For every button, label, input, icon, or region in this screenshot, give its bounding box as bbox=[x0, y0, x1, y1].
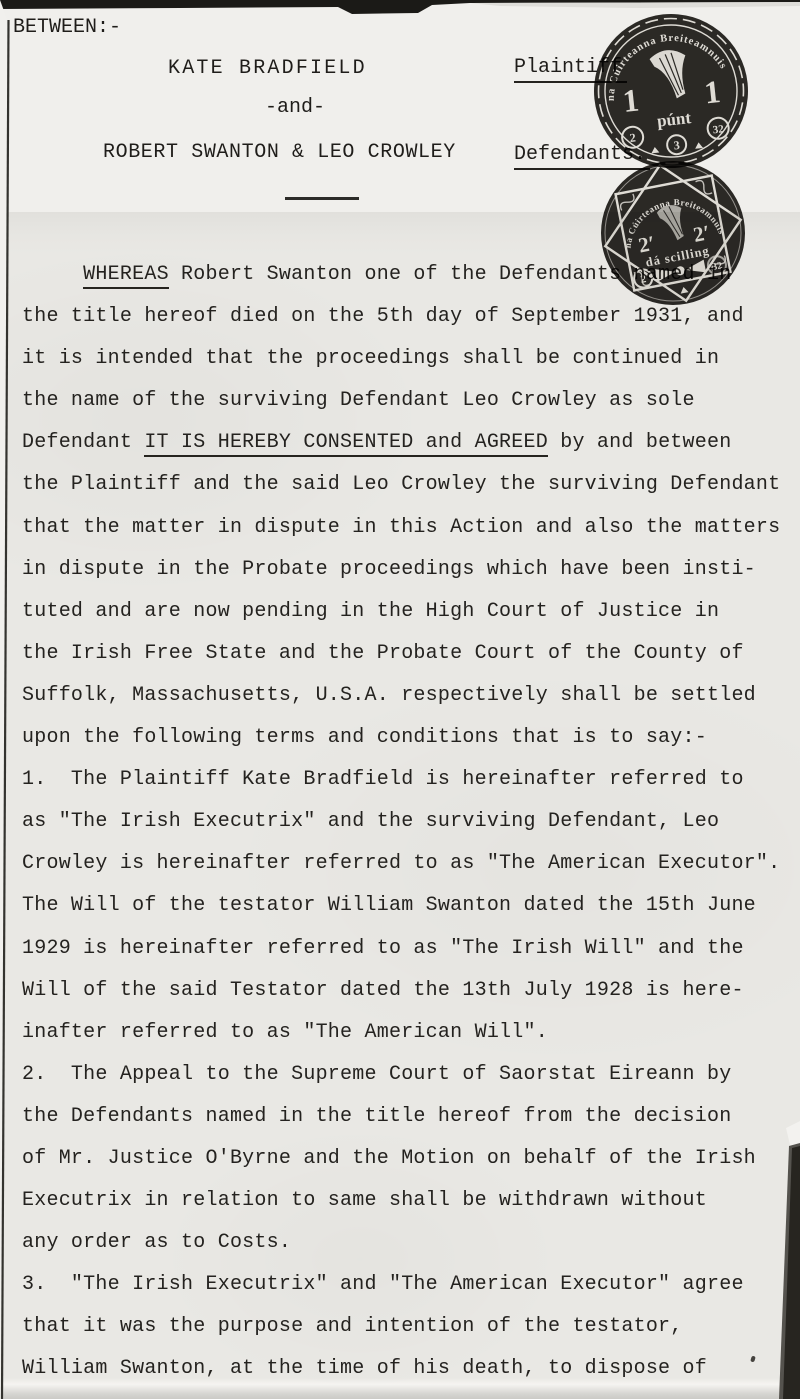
text-line: the name of the surviving Defendant Leo … bbox=[22, 380, 780, 422]
text-line: of Mr. Justice O'Byrne and the Motion on… bbox=[22, 1138, 780, 1180]
text-line: as "The Irish Executrix" and the survivi… bbox=[22, 801, 780, 843]
versus-label: -and- bbox=[265, 96, 325, 119]
stamp-badge: 32 bbox=[712, 123, 725, 136]
two-shilling-duty-stamp-icon: na Cúirteanna Breiteamnuis 2′ 2′ dá scil… bbox=[585, 145, 761, 321]
text-line: that it was the purpose and intention of… bbox=[22, 1306, 780, 1348]
text-line: that the matter in dispute in this Actio… bbox=[22, 507, 780, 549]
between-label: BETWEEN:- bbox=[13, 16, 121, 39]
text-line: 3. "The Irish Executrix" and "The Americ… bbox=[22, 1264, 780, 1306]
document-page: BETWEEN:- KATE BRADFIELD Plaintiff -and-… bbox=[0, 0, 800, 1399]
text-line: 2. The Appeal to the Supreme Court of Sa… bbox=[22, 1054, 780, 1096]
text-line: Will of the said Testator dated the 13th… bbox=[22, 970, 780, 1012]
text-line: 1. The Plaintiff Kate Bradfield is herei… bbox=[22, 759, 780, 801]
document-body-lines: WHEREAS Robert Swanton one of the Defend… bbox=[22, 254, 780, 1391]
text-line: in dispute in the Probate proceedings wh… bbox=[22, 549, 780, 591]
stamp-unit-label: púnt bbox=[656, 108, 692, 130]
header-divider-rule bbox=[285, 197, 359, 200]
text-line: The Will of the testator William Swanton… bbox=[22, 885, 780, 927]
text-line: the Irish Free State and the Probate Cou… bbox=[22, 633, 780, 675]
text-line: 1929 is hereinafter referred to as "The … bbox=[22, 928, 780, 970]
stamp-badge: 32 bbox=[711, 260, 723, 273]
text-line: Suffolk, Massachusetts, U.S.A. respectiv… bbox=[22, 675, 780, 717]
plaintiff-name: KATE BRADFIELD bbox=[168, 57, 367, 80]
right-scan-strip-soft bbox=[779, 1143, 800, 1399]
right-scan-strip bbox=[783, 1146, 800, 1399]
text-line: the Defendants named in the title hereof… bbox=[22, 1096, 780, 1138]
text-line: any order as to Costs. bbox=[22, 1222, 780, 1264]
text-line: upon the following terms and conditions … bbox=[22, 717, 780, 759]
text-line: William Swanton, at the time of his deat… bbox=[22, 1348, 780, 1390]
right-strip-highlight bbox=[786, 1121, 800, 1149]
text-line: Crowley is hereinafter referred to as "T… bbox=[22, 843, 780, 885]
text-line: tuted and are now pending in the High Co… bbox=[22, 591, 780, 633]
text-line: Defendant IT IS HEREBY CONSENTED and AGR… bbox=[22, 422, 780, 464]
text-line: inafter referred to as "The American Wil… bbox=[22, 1012, 780, 1054]
text-line: Executrix in relation to same shall be w… bbox=[22, 1180, 780, 1222]
defendant-names: ROBERT SWANTON & LEO CROWLEY bbox=[103, 141, 456, 164]
text-line: the Plaintiff and the said Leo Crowley t… bbox=[22, 464, 780, 506]
text-line: it is intended that the proceedings shal… bbox=[22, 338, 780, 380]
